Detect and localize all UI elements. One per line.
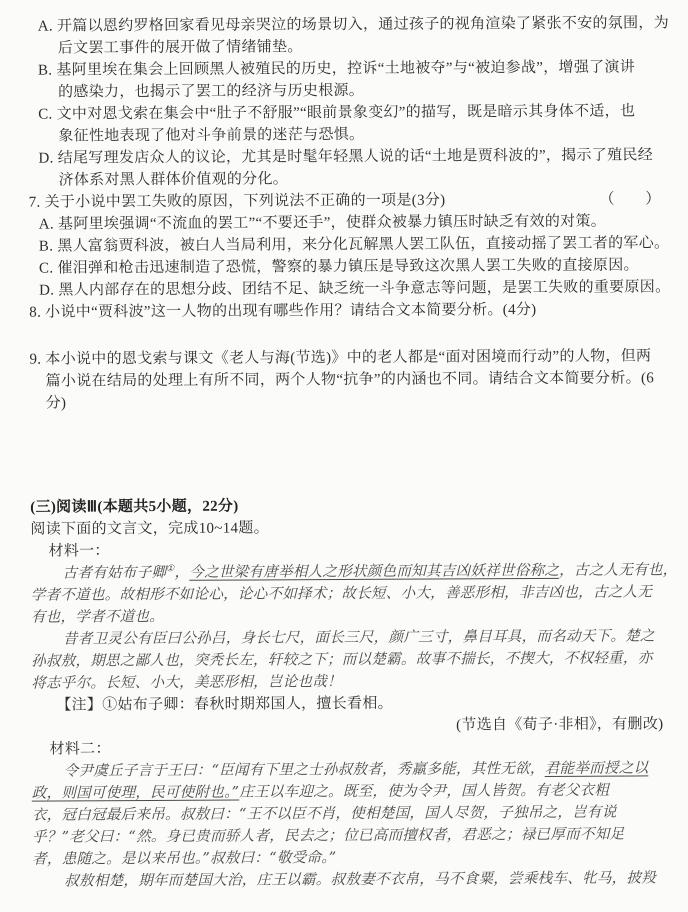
text-line: 篇小说在结局的处理上有所不同，两个人物“抗争”的内涵也不同。请结合文本简要分析。…	[30, 367, 662, 392]
text-line: 叔敖相楚，期年而楚国大治，庄王以霸。叔敖妻不衣帛，马不食粟，尝乘栈车、牝马，披羖	[32, 867, 664, 892]
underlined-passage: 君能举而授之以	[545, 759, 649, 777]
text-segment: 令尹虞丘子言于王曰：“臣闻有下里之士孙叔敖者，秀羸多能，其性无欲，	[64, 760, 545, 780]
text-line: 孙叔敖，期思之鄙人也，突秃长左，轩较之下；而以楚霸。故事不揣长，不揳大，不权轻重…	[31, 647, 663, 672]
text-line: D. 结尾写理发店众人的议论，尤其是时髦年轻黑人说的话“土地是贾科波的”，揭示了…	[28, 144, 660, 169]
text-segment: 庄王以车迎之。既至，使为令尹，国人皆贺。有老父衣粗	[239, 782, 609, 801]
underlined-passage: 政，则国可使理，民可使附也。”	[32, 784, 240, 802]
answer-bracket: （ ）	[599, 188, 660, 210]
exam-page: A. 开篇以恩约罗格回家看见母亲哭泣的场景切入，通过孩子的视角渲染了紧张不安的氛…	[0, 0, 688, 912]
text-line: 学者不道也。故相形不如论心，论心不如择术；故长短、小大，善恶形相，非吉凶也，古之…	[31, 581, 663, 606]
blank-space	[30, 411, 662, 496]
question-stem: 7. 关于小说中罢工失败的原因，下列说法不正确的一项是(3分)	[29, 189, 446, 213]
text-segment: ，古之人无有也，	[559, 561, 677, 579]
text-line: D. 黑人内部存在的思想分歧、团结不足、缺乏统一斗争意志等问题，是罢工失败的重要…	[29, 276, 661, 301]
text-line: A. 开篇以恩约罗格回家看见母亲哭泣的场景切入，通过孩子的视角渲染了紧张不安的氛…	[28, 12, 660, 37]
text-line: (节选自《荀子·非相》，有删改)	[31, 713, 663, 738]
text-segment: ，	[174, 564, 189, 581]
text-segment: 古者有姑布子卿	[63, 564, 167, 582]
blank-space	[29, 320, 661, 348]
underlined-passage: 今之世梁有唐举相人之形状颜色而知其吉凶妖祥世俗称之	[189, 562, 559, 581]
text-line: 乎？”老父曰：“然。身已贵而骄人者，民去之；位已高而擅权者，君恶之；禄已厚而不知…	[32, 823, 664, 848]
footnote-marker: ①	[166, 564, 174, 574]
text-line: B. 基阿里埃在集会上回顾黑人被殖民的历史，控诉“土地被夺”与“被迫参战”，增强…	[28, 56, 660, 81]
document-body: A. 开篇以恩约罗格回家看见母亲哭泣的场景切入，通过孩子的视角渲染了紧张不安的氛…	[28, 12, 665, 892]
text-line: C. 文中对恩戈索在集会中“肚子不舒服”“眼前景象变幻”的描写，既是暗示其身体不…	[28, 100, 660, 125]
